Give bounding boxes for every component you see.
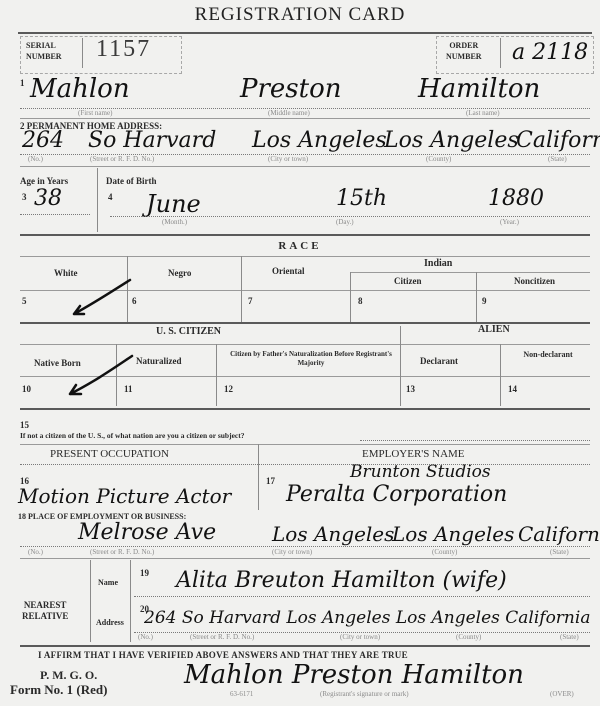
- naturalized-label: Naturalized: [136, 356, 182, 366]
- employment-street-value: Melrose Ave: [78, 520, 216, 545]
- middle-name-sublabel: (Middle name): [268, 109, 310, 117]
- race-noncitizen-label: Noncitizen: [514, 276, 555, 286]
- relative-address-label: Address: [96, 618, 124, 627]
- card-title: REGISTRATION CARD: [0, 4, 600, 26]
- age-value: 38: [34, 186, 62, 211]
- race-oriental-label: Oriental: [272, 266, 305, 276]
- nearest-relative-label: NEAREST RELATIVE: [22, 600, 68, 622]
- dob-year-sublabel: (Year.): [500, 218, 519, 226]
- divider: [350, 272, 351, 322]
- form-number-label: Form No. 1 (Red): [10, 682, 107, 698]
- dob-day-value: 15th: [336, 186, 387, 211]
- field-number: 17: [266, 476, 275, 486]
- nationality-question: If not a citizen of the U. S., of what n…: [20, 431, 245, 440]
- divider: [241, 256, 242, 322]
- order-divider: [500, 38, 501, 68]
- employment-county-value: Los Angeles: [392, 522, 514, 546]
- divider: [97, 168, 98, 232]
- order-label: ORDER NUMBER: [446, 40, 482, 62]
- age-line: [20, 214, 90, 215]
- employment-county-sublabel: (County): [432, 548, 457, 556]
- dob-day-sublabel: (Day.): [336, 218, 354, 226]
- race-white-checkmark-icon[interactable]: [66, 276, 136, 318]
- relative-county-sublabel: (County): [456, 633, 481, 641]
- field-number: 14: [508, 384, 517, 394]
- divider: [20, 234, 590, 236]
- employer-value-line2: Peralta Corporation: [286, 482, 507, 507]
- home-address-city: Los Angeles: [252, 128, 387, 153]
- alien-heading: ALIEN: [478, 324, 510, 335]
- field-number: 12: [224, 384, 233, 394]
- age-label: Age in Years: [20, 176, 68, 186]
- address-city-sublabel: (City or town): [268, 155, 308, 163]
- employment-city-value: Los Angeles: [272, 522, 394, 546]
- address-no-sublabel: (No.): [28, 155, 43, 163]
- dob-month-sublabel: (Month.): [162, 218, 187, 226]
- divider: [20, 444, 590, 445]
- field-number: 19: [140, 568, 149, 578]
- over-label: (OVER): [550, 690, 574, 698]
- serial-label-line1: SERIAL: [26, 40, 62, 51]
- divider: [20, 344, 590, 345]
- home-address-street: So Harvard: [88, 128, 216, 153]
- address-county-sublabel: (County): [426, 155, 451, 163]
- relative-state-sublabel: (State): [560, 633, 579, 641]
- employment-line: [20, 546, 590, 547]
- middle-name-value: Preston: [240, 74, 342, 104]
- divider: [476, 272, 477, 322]
- nationality-line: [360, 440, 590, 441]
- divider: [400, 326, 401, 406]
- occupation-heading: PRESENT OCCUPATION: [50, 448, 169, 460]
- relative-name-value: Alita Breuton Hamilton (wife): [176, 568, 507, 593]
- field-number: 3: [22, 192, 27, 202]
- divider: [90, 560, 91, 642]
- us-citizen-heading: U. S. CITIZEN: [156, 326, 221, 337]
- relative-no-sublabel: (No.): [138, 633, 153, 641]
- field-number: 13: [406, 384, 415, 394]
- field-number: 4: [108, 192, 113, 202]
- first-name-sublabel: (First name): [78, 109, 112, 117]
- order-number-value: a 2118: [512, 40, 588, 65]
- field-number: 7: [248, 296, 253, 306]
- divider: [500, 344, 501, 406]
- order-label-line1: ORDER: [446, 40, 482, 51]
- divider: [20, 558, 590, 559]
- registration-card: REGISTRATION CARD SERIAL NUMBER 1157 ORD…: [0, 0, 600, 706]
- relative-name-label: Name: [98, 578, 118, 587]
- form-code: 63-6171: [230, 690, 253, 698]
- employment-city-sublabel: (City or town): [272, 548, 312, 556]
- signature-sublabel: (Registrant's signature or mark): [320, 690, 409, 698]
- occupation-value: Motion Picture Actor: [18, 484, 231, 508]
- relative-name-line: [134, 596, 590, 597]
- serial-label: SERIAL NUMBER: [26, 40, 62, 62]
- dob-label: Date of Birth: [106, 176, 157, 186]
- last-name-sublabel: (Last name): [466, 109, 500, 117]
- home-address-state: California: [516, 128, 600, 153]
- divider: [258, 444, 259, 510]
- serial-number-value: 1157: [96, 36, 151, 63]
- nearest-relative-label-line1: NEAREST: [22, 600, 68, 611]
- registrant-signature: Mahlon Preston Hamilton: [184, 660, 524, 690]
- native-born-checkmark-icon[interactable]: [62, 352, 136, 398]
- address-state-sublabel: (State): [548, 155, 567, 163]
- divider: [20, 166, 590, 167]
- dob-line: [110, 216, 590, 217]
- race-heading: RACE: [0, 240, 600, 252]
- address-street-sublabel: (Street or R. F. D. No.): [90, 155, 154, 163]
- dob-month-value: June: [146, 190, 201, 218]
- divider: [350, 272, 590, 273]
- race-indian-heading: Indian: [424, 258, 452, 269]
- employment-no-sublabel: (No.): [28, 548, 43, 556]
- relative-street-sublabel: (Street or R. F. D. No.): [190, 633, 254, 641]
- divider: [20, 408, 590, 410]
- divider: [216, 344, 217, 406]
- nearest-relative-label-line2: RELATIVE: [22, 611, 68, 622]
- employer-value-line1: Brunton Studios: [350, 462, 491, 482]
- non-declarant-label: Non-declarant: [518, 350, 578, 360]
- field-number: 9: [482, 296, 487, 306]
- field-number: 1: [20, 78, 25, 88]
- order-label-line2: NUMBER: [446, 51, 482, 62]
- employer-heading: EMPLOYER'S NAME: [362, 448, 465, 460]
- employment-street-sublabel: (Street or R. F. D. No.): [90, 548, 154, 556]
- last-name-value: Hamilton: [418, 74, 540, 104]
- employment-state-sublabel: (State): [550, 548, 569, 556]
- divider: [18, 32, 592, 34]
- divider: [20, 118, 590, 119]
- dob-year-value: 1880: [488, 186, 544, 211]
- serial-label-line2: NUMBER: [26, 51, 62, 62]
- field-number: 5: [22, 296, 27, 306]
- citizen-by-father-label: Citizen by Father's Naturalization Befor…: [226, 350, 396, 368]
- relative-city-sublabel: (City or town): [340, 633, 380, 641]
- divider: [20, 464, 590, 465]
- race-citizen-label: Citizen: [394, 276, 422, 286]
- divider: [20, 256, 590, 257]
- race-negro-label: Negro: [168, 268, 191, 278]
- field-number: 15: [20, 420, 29, 430]
- field-number: 8: [358, 296, 363, 306]
- divider: [130, 560, 131, 642]
- home-address-county: Los Angeles: [384, 128, 519, 153]
- serial-divider: [82, 38, 83, 68]
- declarant-label: Declarant: [420, 356, 458, 366]
- first-name-value: Mahlon: [30, 74, 130, 104]
- affirmation-text: I AFFIRM THAT I HAVE VERIFIED ABOVE ANSW…: [38, 650, 408, 660]
- divider: [20, 645, 590, 647]
- field-number: 10: [22, 384, 31, 394]
- home-address-number: 264: [22, 128, 64, 153]
- pmgo-label: P. M. G. O.: [40, 668, 97, 683]
- relative-address-value: 264 So Harvard Los Angeles Los Angeles C…: [144, 608, 600, 628]
- employment-state-value: California: [518, 522, 600, 546]
